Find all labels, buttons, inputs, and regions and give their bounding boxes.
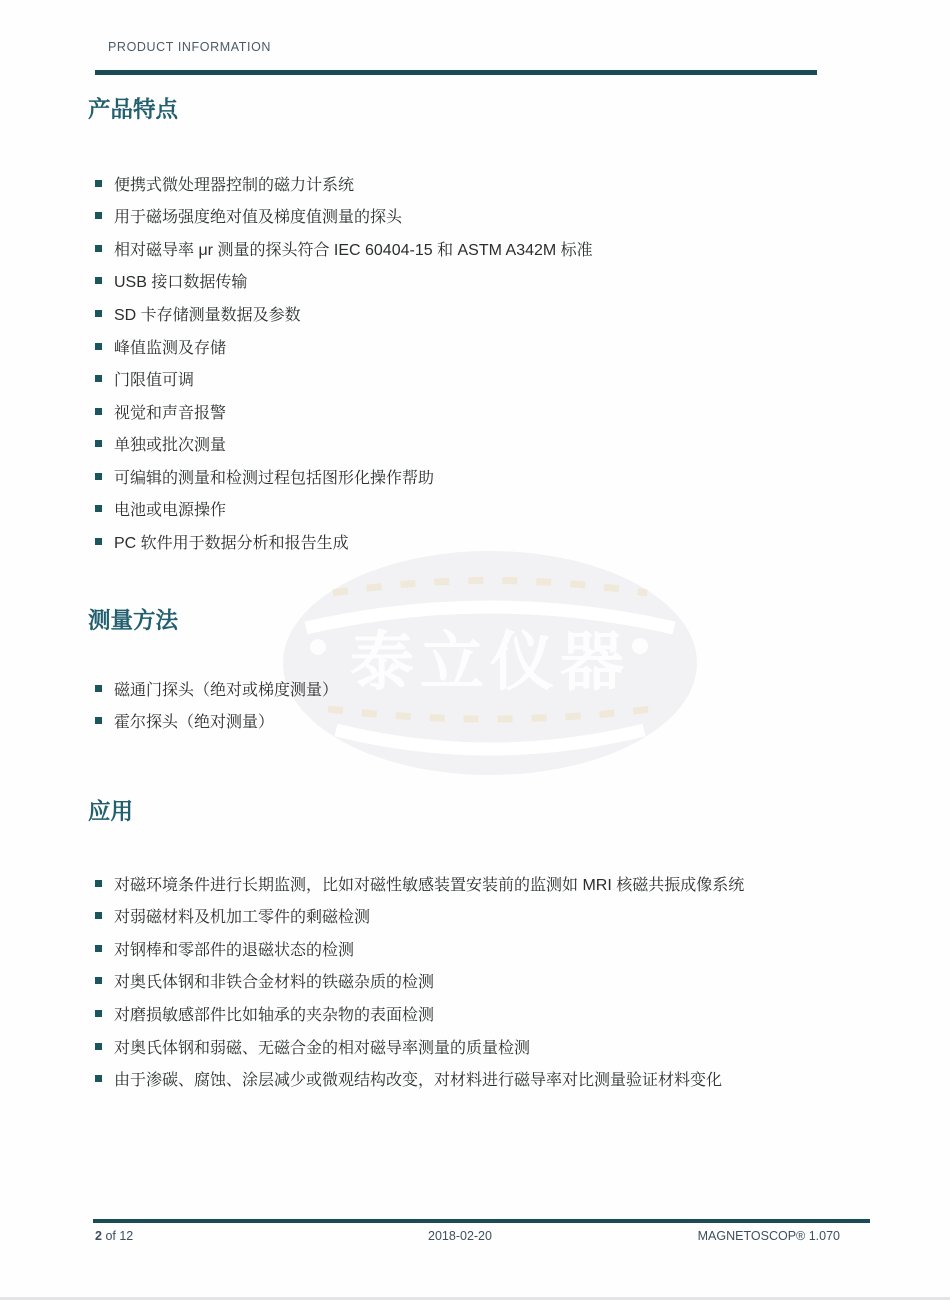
list-item-text: 门限值可调: [114, 367, 194, 390]
bullet-square-icon: [95, 473, 102, 480]
bullet-square-icon: [95, 343, 102, 350]
document-type-label: PRODUCT INFORMATION: [108, 40, 271, 54]
document-page: 泰立仪器 PRODUCT INFORMATION 产品特点 便携式微处理器控制的…: [0, 0, 950, 1300]
bullet-square-icon: [95, 180, 102, 187]
list-item: 霍尔探头（绝对测量）: [95, 705, 338, 738]
bullet-square-icon: [95, 977, 102, 984]
list-item: 电池或电源操作: [95, 492, 593, 525]
bullet-square-icon: [95, 538, 102, 545]
section-title-measurement-methods: 测量方法: [88, 607, 178, 634]
bullet-square-icon: [95, 245, 102, 252]
list-item-text: USB 接口数据传输: [114, 269, 247, 292]
footer-divider: [93, 1219, 870, 1223]
applications-list: 对磁环境条件进行长期监测，比如对磁性敏感装置安装前的监测如 MRI 核磁共振成像…: [95, 867, 744, 1095]
bullet-square-icon: [95, 375, 102, 382]
list-item: 单独或批次测量: [95, 427, 593, 460]
list-item-text: SD 卡存储测量数据及参数: [114, 302, 301, 325]
list-item-text: 对奥氏体钢和非铁合金材料的铁磁杂质的检测: [114, 969, 434, 992]
product-features-list: 便携式微处理器控制的磁力计系统 用于磁场强度绝对值及梯度值测量的探头 相对磁导率…: [95, 167, 593, 558]
list-item: SD 卡存储测量数据及参数: [95, 297, 593, 330]
product-name-version: MAGNETOSCOP® 1.070: [698, 1229, 840, 1243]
list-item: 相对磁导率 μr 测量的探头符合 IEC 60404-15 和 ASTM A34…: [95, 232, 593, 265]
list-item: 便携式微处理器控制的磁力计系统: [95, 167, 593, 200]
watermark-text: 泰立仪器: [350, 626, 630, 698]
list-item-text: 对奥氏体钢和弱磁、无磁合金的相对磁导率测量的质量检测: [114, 1035, 530, 1058]
list-item: USB 接口数据传输: [95, 265, 593, 298]
list-item: PC 软件用于数据分析和报告生成: [95, 525, 593, 558]
bullet-square-icon: [95, 1075, 102, 1082]
list-item-text: 由于渗碳、腐蚀、涂层减少或微观结构改变，对材料进行磁导率对比测量验证材料变化: [114, 1067, 722, 1090]
list-item-text: 峰值监测及存储: [114, 335, 226, 358]
bullet-square-icon: [95, 408, 102, 415]
bullet-square-icon: [95, 912, 102, 919]
bullet-square-icon: [95, 277, 102, 284]
list-item-text: 对钢棒和零部件的退磁状态的检测: [114, 937, 354, 960]
list-item: 对弱磁材料及机加工零件的剩磁检测: [95, 900, 744, 933]
list-item: 峰值监测及存储: [95, 330, 593, 363]
list-item: 对奥氏体钢和弱磁、无磁合金的相对磁导率测量的质量检测: [95, 1030, 744, 1063]
bullet-square-icon: [95, 717, 102, 724]
list-item-text: PC 软件用于数据分析和报告生成: [114, 530, 349, 553]
list-item-text: 单独或批次测量: [114, 432, 226, 455]
list-item-text: 可编辑的测量和检测过程包括图形化操作帮助: [114, 465, 434, 488]
section-title-applications: 应用: [88, 798, 133, 825]
list-item: 可编辑的测量和检测过程包括图形化操作帮助: [95, 460, 593, 493]
bullet-square-icon: [95, 440, 102, 447]
list-item-text: 便携式微处理器控制的磁力计系统: [114, 172, 354, 195]
list-item: 对磨损敏感部件比如轴承的夹杂物的表面检测: [95, 997, 744, 1030]
list-item-text: 相对磁导率 μr 测量的探头符合 IEC 60404-15 和 ASTM A34…: [114, 237, 593, 260]
header-divider: [95, 70, 817, 75]
list-item: 对钢棒和零部件的退磁状态的检测: [95, 932, 744, 965]
list-item: 门限值可调: [95, 362, 593, 395]
list-item-text: 用于磁场强度绝对值及梯度值测量的探头: [114, 204, 402, 227]
list-item: 磁通门探头（绝对或梯度测量）: [95, 672, 338, 705]
section-title-product-features: 产品特点: [88, 96, 178, 123]
list-item-text: 视觉和声音报警: [114, 400, 226, 423]
bullet-square-icon: [95, 310, 102, 317]
list-item: 对奥氏体钢和非铁合金材料的铁磁杂质的检测: [95, 965, 744, 998]
list-item-text: 对磁环境条件进行长期监测，比如对磁性敏感装置安装前的监测如 MRI 核磁共振成像…: [114, 872, 744, 895]
list-item-text: 电池或电源操作: [114, 497, 226, 520]
list-item: 对磁环境条件进行长期监测，比如对磁性敏感装置安装前的监测如 MRI 核磁共振成像…: [95, 867, 744, 900]
bullet-square-icon: [95, 212, 102, 219]
list-item: 由于渗碳、腐蚀、涂层减少或微观结构改变，对材料进行磁导率对比测量验证材料变化: [95, 1062, 744, 1095]
list-item-text: 霍尔探头（绝对测量）: [114, 709, 274, 732]
footer: 2 of 12 2018-02-20 MAGNETOSCOP® 1.070: [0, 1229, 950, 1247]
bullet-square-icon: [95, 1010, 102, 1017]
bullet-square-icon: [95, 945, 102, 952]
watermark-right-dot-icon: [632, 638, 648, 654]
bullet-square-icon: [95, 1043, 102, 1050]
bullet-square-icon: [95, 505, 102, 512]
bullet-square-icon: [95, 685, 102, 692]
measurement-methods-list: 磁通门探头（绝对或梯度测量） 霍尔探头（绝对测量）: [95, 672, 338, 737]
list-item-text: 对弱磁材料及机加工零件的剩磁检测: [114, 904, 370, 927]
bullet-square-icon: [95, 880, 102, 887]
list-item-text: 磁通门探头（绝对或梯度测量）: [114, 677, 338, 700]
company-seal-watermark: 泰立仪器: [278, 546, 702, 780]
list-item: 用于磁场强度绝对值及梯度值测量的探头: [95, 200, 593, 233]
list-item: 视觉和声音报警: [95, 395, 593, 428]
watermark-left-dot-icon: [310, 639, 326, 655]
list-item-text: 对磨损敏感部件比如轴承的夹杂物的表面检测: [114, 1002, 434, 1025]
